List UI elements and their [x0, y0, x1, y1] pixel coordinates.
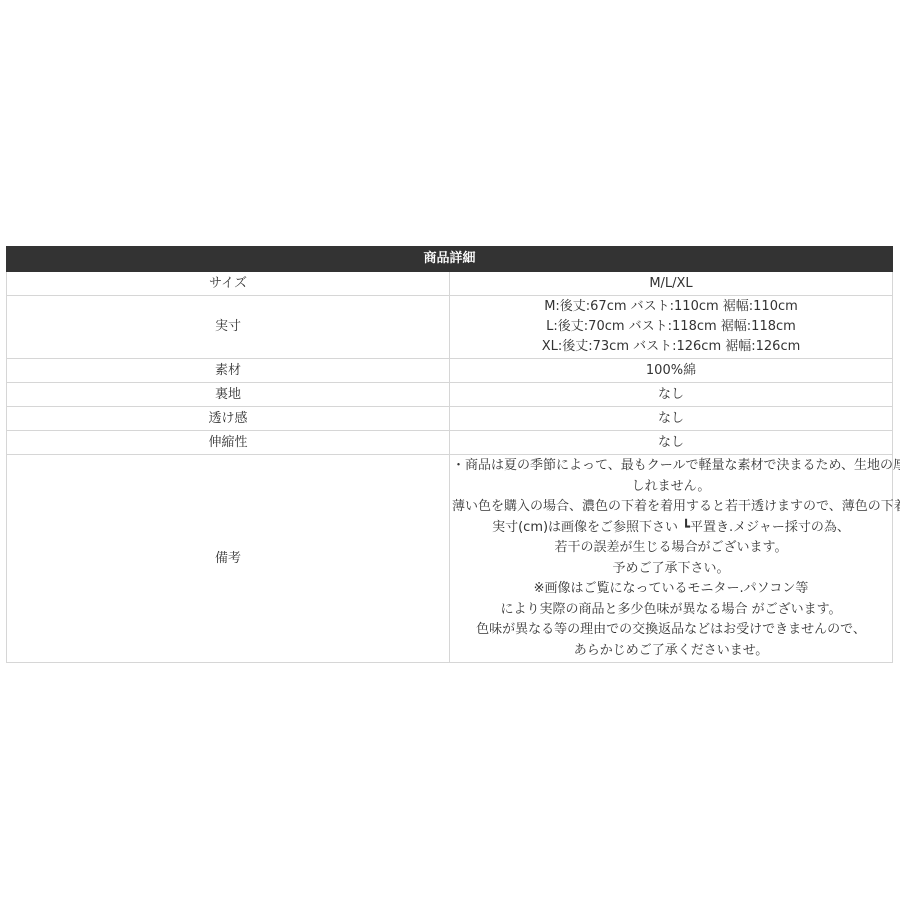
note-line: により実際の商品と多少色味が異なる場合 がございます。 — [452, 600, 890, 621]
row-label: 素材 — [7, 359, 450, 383]
row-stretch: 伸縮性 なし — [7, 431, 893, 455]
note-line: 予めご了承下さい。 — [452, 559, 890, 580]
row-notes: 備考 ・商品は夏の季節によって、最もクールで軽量な素材で決まるため、生地の厚さが… — [7, 455, 893, 663]
row-value: M:後丈:67cm バスト:110cm 裾幅:110cm L:後丈:70cm バ… — [450, 296, 893, 359]
table-header-row: 商品詳細 — [7, 247, 893, 272]
row-label: 実寸 — [7, 296, 450, 359]
note-line: 色味が異なる等の理由での交換返品などはお受けできませんので、 — [452, 620, 890, 641]
row-sheerness: 透け感 なし — [7, 407, 893, 431]
value-line: 100%綿 — [452, 361, 890, 381]
row-label: 透け感 — [7, 407, 450, 431]
value-line: L:後丈:70cm バスト:118cm 裾幅:118cm — [452, 317, 890, 337]
note-line: ・商品は夏の季節によって、最もクールで軽量な素材で決まるため、生地の厚さが写真イ… — [452, 456, 890, 477]
row-lining: 裏地 なし — [7, 383, 893, 407]
row-size: サイズ M/L/XL — [7, 272, 893, 296]
row-value: なし — [450, 383, 893, 407]
product-details-table: 商品詳細 サイズ M/L/XL 実寸 M:後丈:67cm バスト:110cm 裾… — [6, 246, 893, 663]
row-value: なし — [450, 407, 893, 431]
value-line: なし — [452, 385, 890, 405]
row-value: M/L/XL — [450, 272, 893, 296]
note-line: あらかじめご了承くださいませ。 — [452, 641, 890, 662]
row-label: 裏地 — [7, 383, 450, 407]
row-value: 100%綿 — [450, 359, 893, 383]
table-title: 商品詳細 — [7, 247, 893, 272]
row-material: 素材 100%綿 — [7, 359, 893, 383]
value-line: M:後丈:67cm バスト:110cm 裾幅:110cm — [452, 297, 890, 317]
row-measurements: 実寸 M:後丈:67cm バスト:110cm 裾幅:110cm L:後丈:70c… — [7, 296, 893, 359]
row-label: サイズ — [7, 272, 450, 296]
value-line: M/L/XL — [452, 274, 890, 294]
value-line: なし — [452, 433, 890, 453]
value-line: なし — [452, 409, 890, 429]
note-line: 実寸(cm)は画像をご参照下さい ┗平置き.メジャー採寸の為、 — [452, 518, 890, 539]
note-line: ※画像はご覧になっているモニター.パソコン等 — [452, 579, 890, 600]
note-line: 若干の誤差が生じる場合がございます。 — [452, 538, 890, 559]
value-line: XL:後丈:73cm バスト:126cm 裾幅:126cm — [452, 337, 890, 357]
row-value: ・商品は夏の季節によって、最もクールで軽量な素材で決まるため、生地の厚さが写真イ… — [450, 455, 893, 663]
row-label: 備考 — [7, 455, 450, 663]
row-value: なし — [450, 431, 893, 455]
note-line: しれません。 — [452, 477, 890, 498]
note-line: 薄い色を購入の場合、濃色の下着を着用すると若干透けますので、薄色の下着の着用をお… — [452, 497, 890, 518]
row-label: 伸縮性 — [7, 431, 450, 455]
